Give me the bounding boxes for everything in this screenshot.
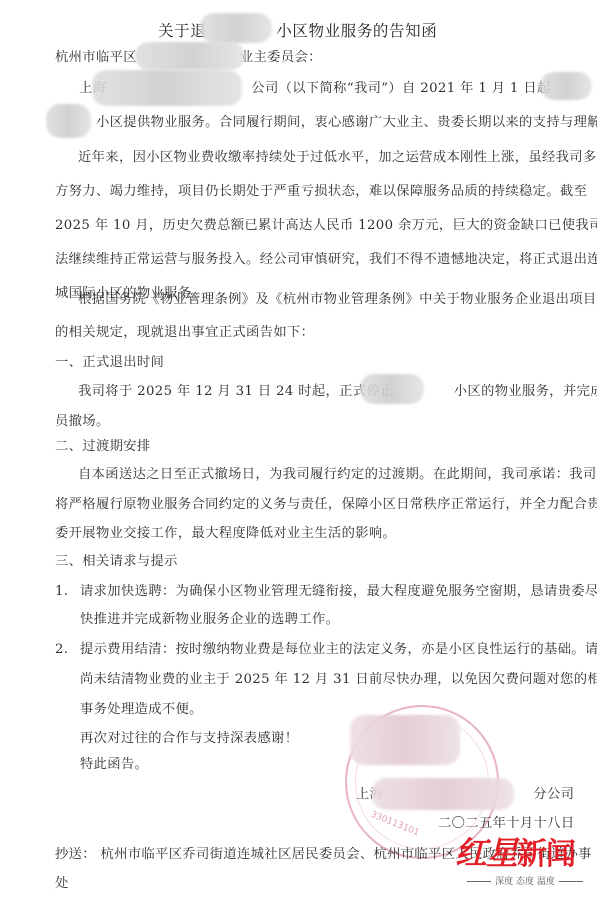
reason-line-4: 法继续维持正常运营与服务投入。经公司审慎研究，我们不得不遗憾地决定，将正式退出连 — [55, 251, 597, 269]
redacted-community-name — [200, 13, 272, 43]
notice-letter-page: 关于退小区物业服务的告知函 杭州市临平区业主委员会： 上海公司（以下简称“我司”… — [0, 0, 597, 898]
item-2-line-2: 尚未结清物业费的业主于 2025 年 12 月 31 日前尽快办理，以免因欠费问… — [80, 671, 597, 689]
redacted-company-name — [92, 70, 242, 106]
section-1-line-2: 员撤场。 — [55, 413, 110, 431]
reason-line-3: 2025 年 10 月，历史欠费总额已累计高达人民币 1200 余万元，巨大的资… — [55, 217, 597, 235]
item-2-number: 2. — [55, 641, 68, 659]
redacted-committee-name — [135, 42, 245, 70]
reason-line-1: 近年来，因小区物业费收缴率持续处于过低水平，加之运营成本刚性上涨，虽经我司多 — [78, 149, 597, 167]
basis-line-2: 的相关规定，现就退出事宜正式函告如下： — [55, 324, 314, 342]
cc-line-tail: 处 — [55, 875, 69, 893]
closing-line: 特此函告。 — [80, 756, 148, 774]
redacted-signature-company — [372, 778, 514, 810]
item-2-line-3: 事务处理造成不便。 — [80, 701, 203, 719]
section-2-line-3: 委开展物业交接工作，最大程度降低对业主生活的影响。 — [55, 525, 396, 543]
section-2-line-2: 将严格履行原物业服务合同约定的义务与责任，保障小区日常秩序正常运行，并全力配合贵 — [55, 496, 597, 514]
item-1-line-2: 快推进并完成新物业服务企业的选聘工作。 — [80, 611, 339, 629]
section-1-heading: 一、正式退出时间 — [55, 354, 164, 372]
watermark-slogan: 深度 态度 温度 — [455, 874, 595, 887]
basis-line-1: 根据国务院《物业管理条例》及《杭州市物业管理条例》中关于物业服务企业退出项目 — [78, 291, 597, 309]
redacted-seal-name — [350, 715, 460, 765]
item-1-line-1: 请求加快选聘：为确保小区物业管理无缝衔接，最大程度避免服务空窗期，恳请贵委尽 — [80, 583, 597, 601]
intro-line-2: 小区提供物业服务。合同履行期间，衷心感谢广大业主、贵委长期以来的支持与理解。 — [96, 114, 597, 132]
section-3-heading: 三、相关请求与提示 — [55, 553, 178, 571]
redacted-start-date — [540, 72, 592, 100]
thanks-line: 再次对过往的合作与支持深表感谢！ — [80, 730, 298, 748]
title-suffix: 小区物业服务的告知函 — [276, 22, 437, 40]
section-2-heading: 二、过渡期安排 — [55, 438, 151, 456]
reason-line-2: 方努力、竭力维持，项目仍长期处于严重亏损状态，难以保障服务品质的持续稳定。截至 — [55, 183, 587, 201]
section-1-line-1: 我司将于 2025 年 12 月 31 日 24 时起，正式停止小区的物业服务，… — [78, 383, 597, 401]
cc-label: 抄送： — [55, 847, 96, 862]
item-1-number: 1. — [55, 583, 68, 601]
redacted-community-prefix — [46, 104, 91, 138]
date-line: 二〇二五年十月十八日 — [438, 815, 574, 833]
redacted-community-name-2 — [360, 374, 424, 404]
watermark-logo: 红星新闻 — [455, 836, 575, 872]
item-2-line-1: 提示费用结清：按时缴纳物业费是每位业主的法定义务，亦是小区良性运行的基础。请 — [80, 641, 597, 659]
red-star-news-watermark: 红星新闻 深度 态度 温度 — [455, 836, 595, 892]
section-2-line-1: 自本函送达之日至正式撤场日，为我司履行约定的过渡期。在此期间，我司承诺：我司 — [78, 466, 597, 484]
